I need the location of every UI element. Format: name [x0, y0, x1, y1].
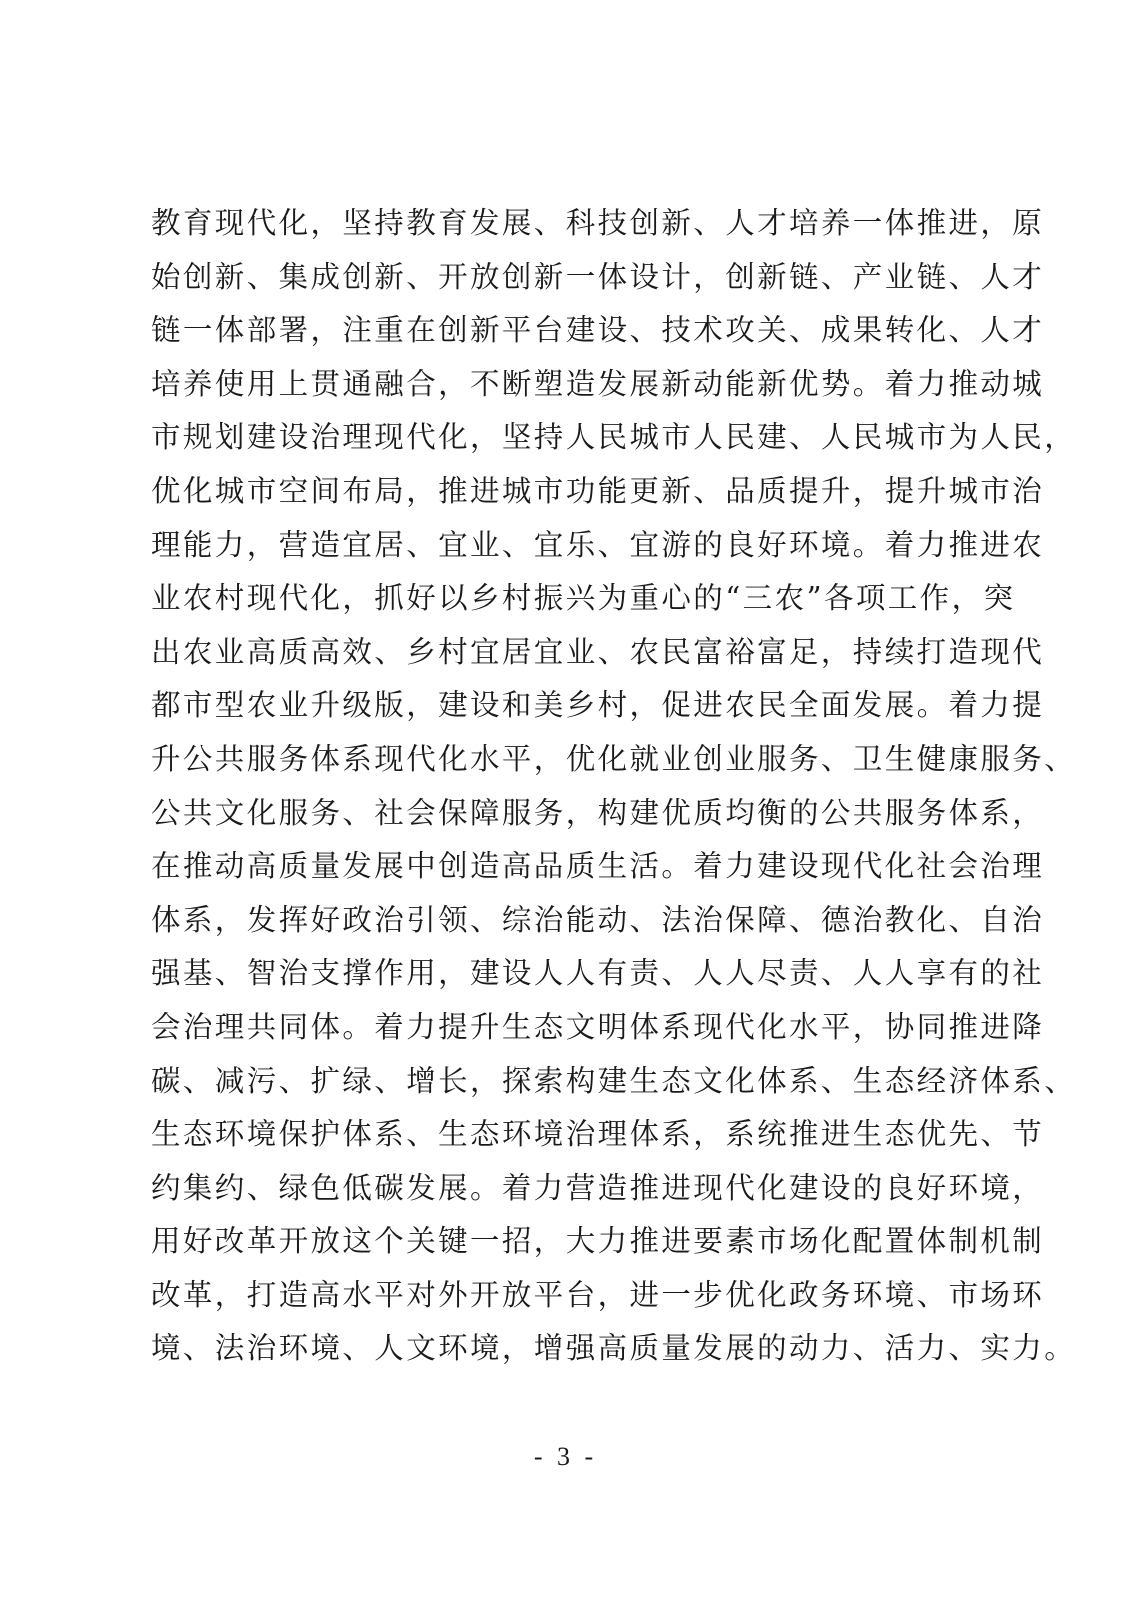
paragraph-line: 市规划建设治理现代化，坚持人民城市人民建、人民城市为人民， — [151, 411, 991, 465]
paragraph-line: 碳、减污、扩绿、增长，探索构建生态文化体系、生态经济体系、 — [151, 1055, 991, 1109]
page-number: - 3 - — [0, 1437, 1131, 1477]
paragraph-line: 用好改革开放这个关键一招，大力推进要素市场化配置体制机制 — [151, 1215, 991, 1269]
paragraph-line: 会治理共同体。着力提升生态文明体系现代化水平，协同推进降 — [151, 1001, 991, 1055]
document-page: 教育现代化，坚持教育发展、科技创新、人才培养一体推进，原 始创新、集成创新、开放… — [0, 0, 1131, 1600]
paragraph-line: 强基、智治支撑作用，建设人人有责、人人尽责、人人享有的社 — [151, 947, 991, 1001]
paragraph-line: 链一体部署，注重在创新平台建设、技术攻关、成果转化、人才 — [151, 304, 991, 358]
paragraph-line: 出农业高质高效、乡村宜居宜业、农民富裕富足，持续打造现代 — [151, 626, 991, 680]
paragraph-line: 升公共服务体系现代化水平，优化就业创业服务、卫生健康服务、 — [151, 733, 991, 787]
paragraph-line: 都市型农业升级版，建设和美乡村，促进农民全面发展。着力提 — [151, 679, 991, 733]
paragraph-line: 在推动高质量发展中创造高品质生活。着力建设现代化社会治理 — [151, 840, 991, 894]
paragraph-line: 约集约、绿色低碳发展。着力营造推进现代化建设的良好环境， — [151, 1162, 991, 1216]
paragraph-line: 业农村现代化，抓好以乡村振兴为重心的“三农”各项工作，突 — [151, 572, 991, 626]
paragraph-line: 优化城市空间布局，推进城市功能更新、品质提升，提升城市治 — [151, 465, 991, 519]
paragraph-line: 公共文化服务、社会保障服务，构建优质均衡的公共服务体系， — [151, 787, 991, 841]
paragraph-line: 教育现代化，坚持教育发展、科技创新、人才培养一体推进，原 — [151, 197, 991, 251]
body-paragraph: 教育现代化，坚持教育发展、科技创新、人才培养一体推进，原 始创新、集成创新、开放… — [151, 197, 991, 1376]
paragraph-line: 改革，打造高水平对外开放平台，进一步优化政务环境、市场环 — [151, 1269, 991, 1323]
paragraph-line: 体系，发挥好政治引领、综治能动、法治保障、德治教化、自治 — [151, 894, 991, 948]
paragraph-line: 培养使用上贯通融合，不断塑造发展新动能新优势。着力推动城 — [151, 358, 991, 412]
paragraph-line: 理能力，营造宜居、宜业、宜乐、宜游的良好环境。着力推进农 — [151, 519, 991, 573]
paragraph-line: 境、法治环境、人文环境，增强高质量发展的动力、活力、实力。 — [151, 1322, 991, 1376]
paragraph-line: 始创新、集成创新、开放创新一体设计，创新链、产业链、人才 — [151, 251, 991, 305]
paragraph-line: 生态环境保护体系、生态环境治理体系，系统推进生态优先、节 — [151, 1108, 991, 1162]
